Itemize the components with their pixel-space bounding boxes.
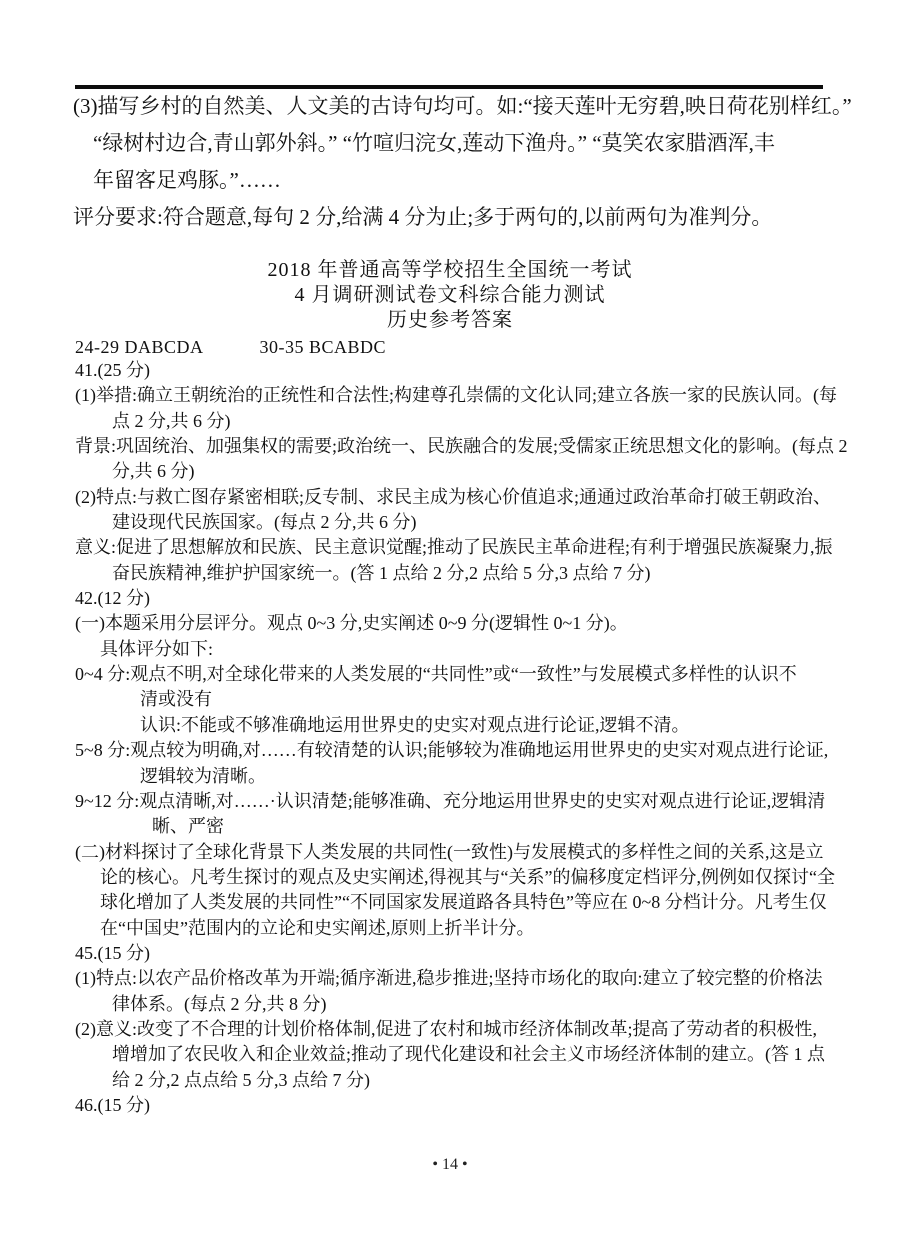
answer-key-heading: 历史参考答案 xyxy=(0,308,900,332)
text-line: (2)特点:与救亡图存紧密相联;反专制、求民主成为核心价值追求;通通过政治革命打… xyxy=(75,485,900,510)
text-line: 背景:巩固统治、加强集权的需要;政治统一、民族融合的发展;受儒家正统思想文化的影… xyxy=(75,434,900,459)
text-line: 41.(25 分) xyxy=(75,358,900,383)
mc-answers-24-29: 24-29 DABCDA xyxy=(75,337,203,357)
text-line: 具体评分如下: xyxy=(100,637,900,662)
text-line: 9~12 分:观点清晰,对……·认识清楚;能够准确、充分地运用世界史的史实对观点… xyxy=(75,789,900,814)
text-line: 45.(15 分) xyxy=(75,941,900,966)
text-line: 认识:不能或不够准确地运用世界史的史实对观点进行论证,逻辑不清。 xyxy=(140,713,900,738)
text-line: 意义:促进了思想解放和民族、民主意识觉醒;推动了民族民主革命进程;有利于增强民族… xyxy=(75,535,900,560)
text-line: 律体系。(每点 2 分,共 8 分) xyxy=(112,992,900,1017)
text-line: 球化增加了人类发展的共同性”“不同国家发展道路各具特色”等应在 0~8 分档计分… xyxy=(100,890,900,915)
page-number: • 14 • xyxy=(0,1156,900,1174)
text-line: 点 2 分,共 6 分) xyxy=(112,409,900,434)
answers-body: 41.(25 分)(1)举措:确立王朝统治的正统性和合法性;构建尊孔崇儒的文化认… xyxy=(0,358,900,1118)
text-line: 给 2 分,2 点点给 5 分,3 点给 7 分) xyxy=(112,1068,900,1093)
multiple-choice-answers: 24-29 DABCDA 30-35 BCABDC xyxy=(75,337,386,358)
text-line: 奋民族精神,维护护国家统一。(答 1 点给 2 分,2 点给 5 分,3 点给 … xyxy=(112,561,900,586)
text-line: (1)特点:以农产品价格改革为开端;循序渐进,稳步推进;坚持市场化的取向:建立了… xyxy=(75,966,900,991)
mc-answers-30-35: 30-35 BCABDC xyxy=(260,337,387,357)
text-line: 逻辑较为清晰。 xyxy=(140,764,900,789)
exam-subtitle: 4 月调研测试卷文科综合能力测试 xyxy=(0,283,900,307)
text-line: (3)描写乡村的自然美、人文美的古诗句均可。如:“接天莲叶无穷碧,映日荷花别样红… xyxy=(73,88,900,125)
text-line: “绿树村边合,青山郭外斜。” “竹喧归浣女,莲动下渔舟。” “莫笑农家腊酒浑,丰 xyxy=(93,125,900,162)
text-line: 晰、严密 xyxy=(152,814,900,839)
text-line: 在“中国史”范围内的立论和史实阐述,原则上折半计分。 xyxy=(100,916,900,941)
text-line: 42.(12 分) xyxy=(75,586,900,611)
exam-title: 2018 年普通高等学校招生全国统一考试 xyxy=(0,258,900,282)
text-line: 评分要求:符合题意,每句 2 分,给满 4 分为止;多于两句的,以前两句为准判分… xyxy=(73,199,900,236)
text-line: 分,共 6 分) xyxy=(112,459,900,484)
text-line: (二)材料探讨了全球化背景下人类发展的共同性(一致性)与发展模式的多样性之间的关… xyxy=(75,840,900,865)
text-line: 清或没有 xyxy=(140,687,900,712)
text-line: (一)本题采用分层评分。观点 0~3 分,史实阐述 0~9 分(逻辑性 0~1 … xyxy=(75,611,900,636)
text-line: 增增加了农民收入和企业效益;推动了现代化建设和社会主义市场经济体制的建立。(答 … xyxy=(112,1042,900,1067)
title-block: 2018 年普通高等学校招生全国统一考试 4 月调研测试卷文科综合能力测试 历史… xyxy=(0,258,900,333)
text-line: 0~4 分:观点不明,对全球化带来的人类发展的“共同性”或“一致性”与发展模式多… xyxy=(75,662,900,687)
text-line: 年留客足鸡豚。”…… xyxy=(93,162,900,199)
text-line: 建设现代民族国家。(每点 2 分,共 6 分) xyxy=(112,510,900,535)
text-line: 46.(15 分) xyxy=(75,1093,900,1118)
text-line: 论的核心。凡考生探讨的观点及史实阐述,得视其与“关系”的偏移度定档评分,例例如仅… xyxy=(100,865,900,890)
text-line: (1)举措:确立王朝统治的正统性和合法性;构建尊孔崇儒的文化认同;建立各族一家的… xyxy=(75,383,900,408)
text-line: 5~8 分:观点较为明确,对……有较清楚的认识;能够较为准确地运用世界史的史实对… xyxy=(75,738,900,763)
intro-section: (3)描写乡村的自然美、人文美的古诗句均可。如:“接天莲叶无穷碧,映日荷花别样红… xyxy=(0,88,900,236)
document-page: (3)描写乡村的自然美、人文美的古诗句均可。如:“接天莲叶无穷碧,映日荷花别样红… xyxy=(0,0,900,1246)
text-line: (2)意义:改变了不合理的计划价格体制,促进了农村和城市经济体制改革;提高了劳动… xyxy=(75,1017,900,1042)
